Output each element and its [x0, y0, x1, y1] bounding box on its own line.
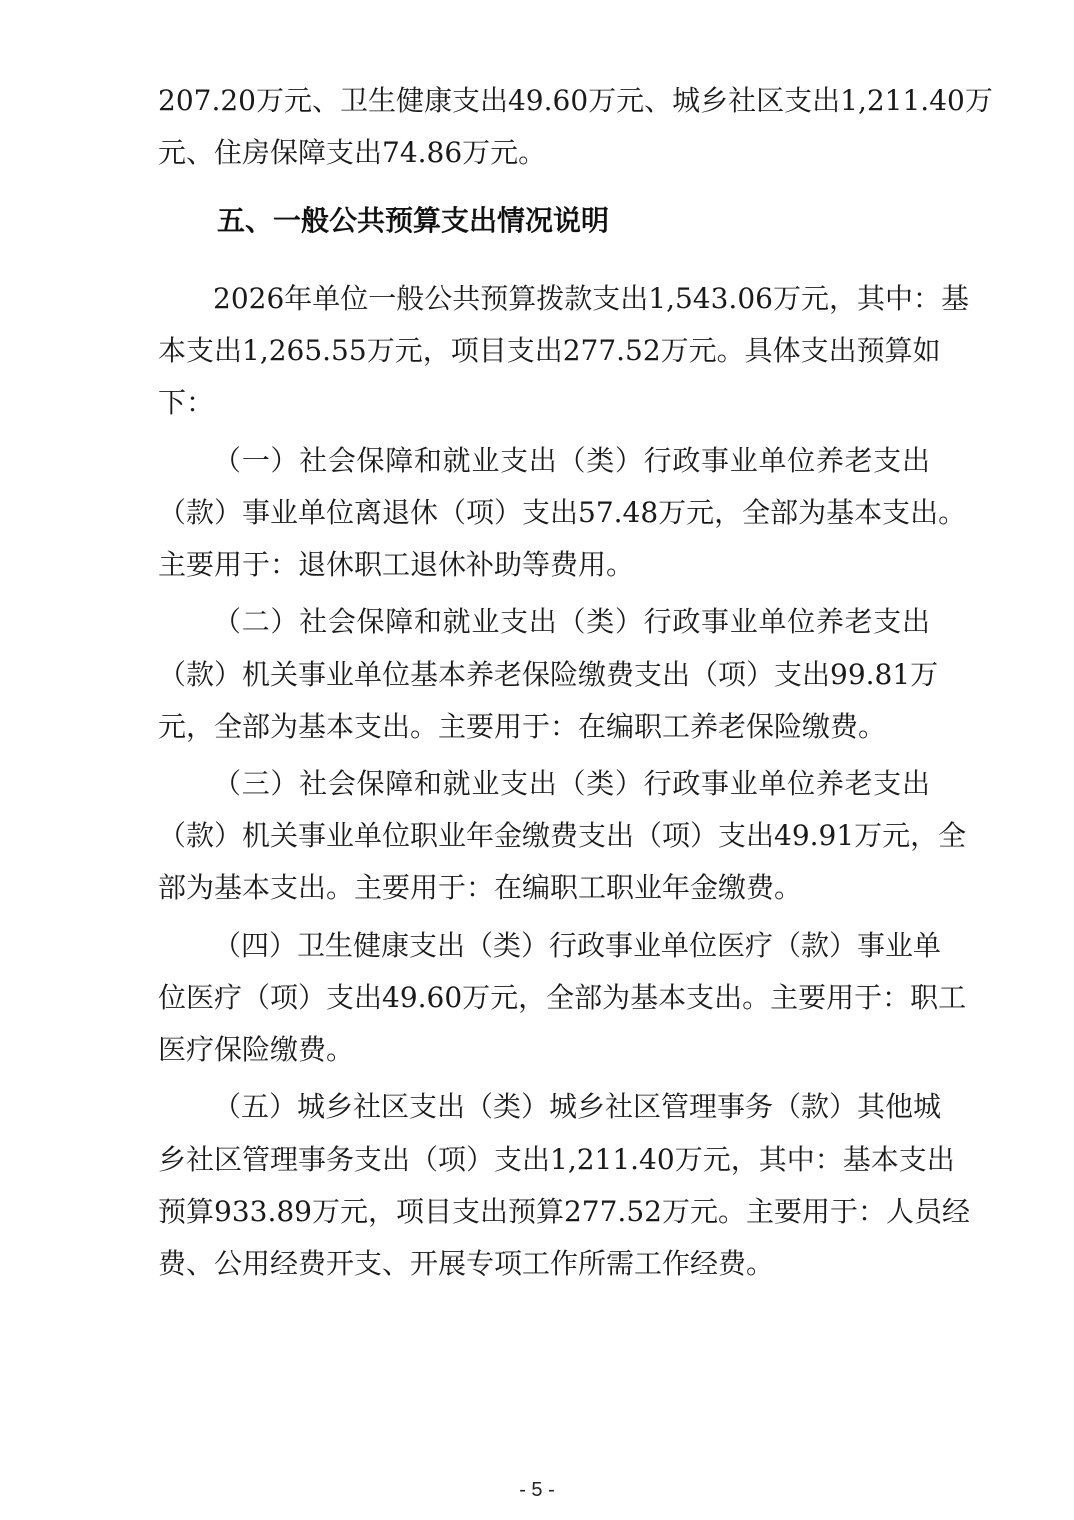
item-1-line-2: （款）事业单位离退休（项）支出57.48万元，全部为基本支出。	[158, 493, 930, 533]
item-2-line-1: （二）社会保障和就业支出（类）行政事业单位养老支出	[213, 602, 930, 642]
item-3-line-2: （款）机关事业单位职业年金缴费支出（项）支出49.91万元，全	[158, 816, 930, 856]
item-4-line-1: （四）卫生健康支出（类）行政事业单位医疗（款）事业单	[213, 926, 930, 966]
item-5-line-4: 费、公用经费开支、开展专项工作所需工作经费。	[158, 1244, 930, 1284]
item-3-line-3: 部为基本支出。主要用于：在编职工职业年金缴费。	[158, 868, 930, 908]
page-number: - 5 -	[0, 1478, 1074, 1502]
section-heading: 五、一般公共预算支出情况说明	[217, 201, 609, 241]
item-4-line-2: 位医疗（项）支出49.60万元，全部为基本支出。主要用于：职工	[158, 978, 930, 1018]
item-5-line-1: （五）城乡社区支出（类）城乡社区管理事务（款）其他城	[213, 1087, 930, 1127]
item-2-line-2: （款）机关事业单位基本养老保险缴费支出（项）支出99.81万	[158, 655, 930, 695]
item-4-line-3: 医疗保险缴费。	[158, 1030, 930, 1070]
document-page: 207.20万元、卫生健康支出49.60万元、城乡社区支出1,211.40万 元…	[0, 0, 1074, 1520]
intro-line-2: 本支出1,265.55万元，项目支出277.52万元。具体支出预算如	[158, 331, 930, 371]
item-1-line-1: （一）社会保障和就业支出（类）行政事业单位养老支出	[213, 441, 930, 481]
intro-line-3: 下：	[158, 383, 930, 423]
continuation-line-2: 元、住房保障支出74.86万元。	[158, 133, 930, 173]
intro-line-1: 2026年单位一般公共预算拨款支出1,543.06万元，其中：基	[213, 279, 930, 319]
item-5-line-2: 乡社区管理事务支出（项）支出1,211.40万元，其中：基本支出	[158, 1140, 930, 1180]
item-1-line-3: 主要用于：退休职工退休补助等费用。	[158, 545, 930, 585]
item-3-line-1: （三）社会保障和就业支出（类）行政事业单位养老支出	[213, 764, 930, 804]
continuation-line-1: 207.20万元、卫生健康支出49.60万元、城乡社区支出1,211.40万	[158, 81, 930, 121]
item-2-line-3: 元，全部为基本支出。主要用于：在编职工养老保险缴费。	[158, 707, 930, 747]
item-5-line-3: 预算933.89万元，项目支出预算277.52万元。主要用于：人员经	[158, 1192, 930, 1232]
